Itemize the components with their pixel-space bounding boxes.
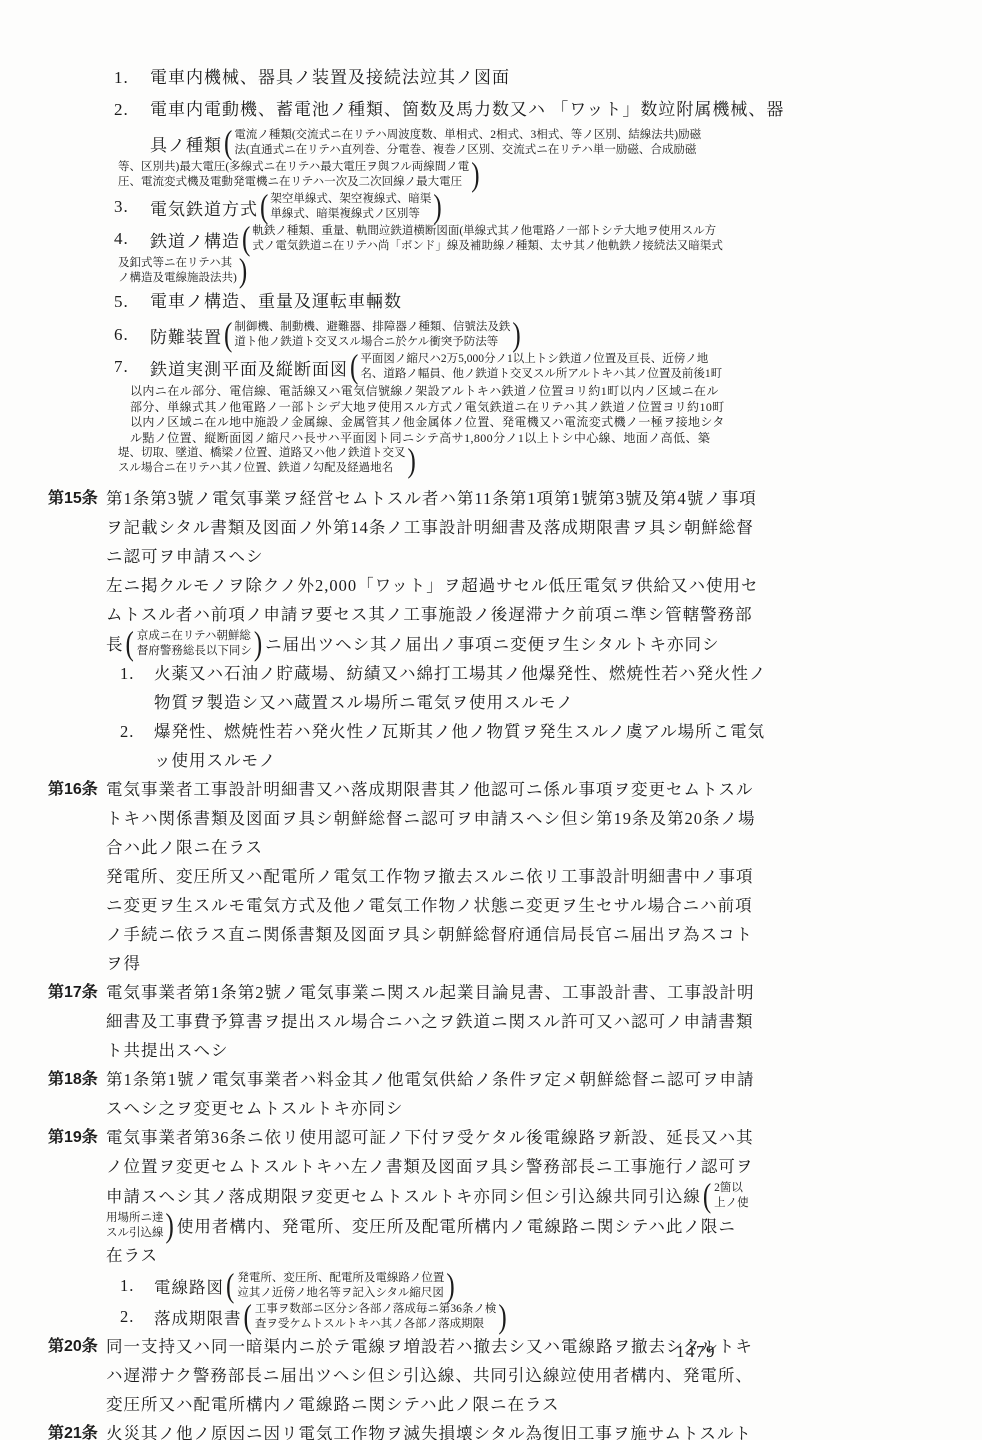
small-note-line: 軌鉄ノ種類、重量、軌間竝鉄道横断図面(単線式其ノ他電路ノ一部トシテ大地ヲ使用スル… xyxy=(252,224,723,239)
text-line: ヲ得 xyxy=(106,949,942,978)
text-line: 物質ヲ製造シ又ハ蔵置スル場所ニ電気ヲ使用スルモノ xyxy=(154,688,942,717)
page-number: 1479 xyxy=(676,1342,716,1362)
small-note-stack: 京成ニ在リテハ朝鮮総 督府警務総長以下同シ xyxy=(137,629,252,659)
text-line: トキハ関係書類及図面ヲ具シ朝鮮総督ニ認可ヲ申請スヘシ但シ第19条及第20条ノ場 xyxy=(106,804,942,833)
article-16: 第16条 電気事業者工事設計明細書又ハ落成期限書其ノ他認可ニ係ル事項ヲ変更セムト… xyxy=(0,775,982,978)
article-20: 第20条 同一支持又ハ同一暗渠内ニ於テ電線ヲ増設若ハ撤去シ又ハ電線路ヲ撤去シタル… xyxy=(0,1332,982,1419)
small-note-line: 査ヲ受ケムトスルトキハ其ノ各部ノ落成期限 xyxy=(255,1317,497,1332)
text-segment: 長 xyxy=(106,630,124,659)
small-note-line: 京成ニ在リテハ朝鮮総 xyxy=(137,629,252,644)
text-line: 合ハ此ノ限ニ在ラス xyxy=(106,833,942,862)
item-number: 4. xyxy=(114,229,150,249)
big-paren-open: ( xyxy=(242,1300,255,1334)
item-text: 爆発性、燃焼性若ハ発火性ノ瓦斯其ノ他ノ物質ヲ発生スルノ虞アル場所こ電気 xyxy=(154,717,765,746)
small-note-line: 名、道路ノ幅員、他ノ鉄道ト交叉スル所アルトキハ其ノ位置及前後1町 xyxy=(360,367,722,382)
document-page: 1. 電車内機械、器具ノ装置及接続法竝其ノ図面 2. 電車内電動機、蓄電池ノ種類… xyxy=(0,0,982,1440)
small-note-line: 用場所ニ達 xyxy=(106,1211,164,1226)
big-paren-open: ( xyxy=(222,318,234,352)
text-line: 申請スヘシ其ノ落成期限ヲ変更セムトスルトキ亦同シ但シ引込線共同引込線 ( 2箇以… xyxy=(106,1181,942,1211)
list-item: 2. 落成期限書 ( 工事ヲ数部ニ区分シ各部ノ落成毎ニ第36条ノ検 査ヲ受ケムト… xyxy=(120,1302,942,1332)
small-note-line: 堤、切取、墜道、橋梁ノ位置、道路又ハ他ノ鉄道ト交叉 xyxy=(118,446,406,461)
item-text: 具ノ種類 xyxy=(150,131,222,156)
small-note-stack: 等、区別共)最大電圧(多線式ニ在リテハ最大電圧ヲ與フル両線間ノ電 圧、電流変式機… xyxy=(118,160,469,190)
small-note-line: 電流ノ種類(交流式ニ在リテハ周波度数、単相式、2相式、3相式、等ノ区別、結線法共… xyxy=(234,128,701,143)
big-paren-open: ( xyxy=(240,222,252,256)
text-line: 変圧所又ハ配電所構内ノ電線路ニ関シテハ此ノ限ニ在ラス xyxy=(106,1390,942,1419)
small-note-stack: 堤、切取、墜道、橋梁ノ位置、道路又ハ他ノ鉄道ト交叉 スル場合ニ在リテハ其ノ位置、… xyxy=(118,446,406,476)
article-body: 火災其ノ他ノ原因ニ因リ電気工作物ヲ滅失損壊シタル為復旧工事ヲ施サムトスルト xyxy=(106,1419,942,1440)
article-label: 第20条 xyxy=(48,1332,106,1419)
list-item: 2. 爆発性、燃焼性若ハ発火性ノ瓦斯其ノ他ノ物質ヲ発生スルノ虞アル場所こ電気 xyxy=(120,717,942,746)
article-label: 第19条 xyxy=(48,1123,106,1332)
article-label: 第18条 xyxy=(48,1065,106,1123)
small-note-stack: 平面図ノ縮尺ハ2万5,000分ノ1以上トシ鉄道ノ位置及亘長、近傍ノ地 名、道路ノ… xyxy=(360,352,722,382)
small-note-line: 単線式、暗渠複線式ノ区別等 xyxy=(270,207,431,222)
article-body: 電気事業者工事設計明細書又ハ落成期限書其ノ他認可ニ係ル事項ヲ変更セムトスル トキ… xyxy=(106,775,942,978)
small-note-line: 工事ヲ数部ニ区分シ各部ノ落成毎ニ第36条ノ検 xyxy=(255,1302,497,1317)
article-17: 第17条 電気事業者第1条第2號ノ電気事業ニ関スル起業目論見書、工事設計書、工事… xyxy=(0,978,982,1065)
article-body: 第1条第3號ノ電気事業ヲ経営セムトスル者ハ第11条第1項第1號第3號及第4號ノ事… xyxy=(106,484,942,775)
item-text: 電車内機械、器具ノ装置及接続法竝其ノ図面 xyxy=(150,64,510,92)
paren-block-bottom: 等、区別共)最大電圧(多線式ニ在リテハ最大電圧ヲ與フル両線間ノ電 圧、電流変式機… xyxy=(118,160,952,190)
big-paren-open: ( xyxy=(124,627,137,661)
list-item: 4. 鉄道ノ構造 ( 軌鉄ノ種類、重量、軌間竝鉄道横断図面(単線式其ノ他電路ノ一… xyxy=(114,224,952,254)
text-line: 左ニ掲クルモノヲ除クノ外2,000「ワット」ヲ超過サセル低圧電気ヲ供給又ハ使用セ xyxy=(106,571,942,600)
text-line: ノ手続ニ依ラス直ニ関係書類及図面ヲ具シ朝鮮総督府通信局長官ニ届出ヲ為スコト xyxy=(106,920,942,949)
big-paren-close: ) xyxy=(237,254,249,288)
big-paren-open: ( xyxy=(701,1179,714,1213)
small-note-stack: 発電所、変圧所、配電所及電線路ノ位置 竝其ノ近傍ノ地名等ヲ記入シタル縮尺図 xyxy=(237,1271,444,1301)
small-note-line: 及釦式等ニ在リテハ其 xyxy=(118,256,237,271)
item-text: 鉄道ノ構造 xyxy=(150,227,240,252)
text-line: ヲ記載シタル書類及図面ノ外第14条ノ工事設計明細書及落成期限書ヲ具シ朝鮮総督 xyxy=(106,513,942,542)
small-note-stack: 軌鉄ノ種類、重量、軌間竝鉄道横断図面(単線式其ノ他電路ノ一部トシテ大地ヲ使用スル… xyxy=(252,224,723,254)
small-note-line: 法(直通式ニ在リテハ直列巻、分電巻、複巻ノ区別、交流式ニ在リテハ単一励磁、合成励… xyxy=(234,143,701,158)
big-paren-close: ) xyxy=(444,1269,457,1303)
big-paren-close: ) xyxy=(406,444,418,478)
item-text: 電車ノ構造、重量及運転車輛数 xyxy=(150,288,402,316)
text-line: 火災其ノ他ノ原因ニ因リ電気工作物ヲ滅失損壊シタル為復旧工事ヲ施サムトスルト xyxy=(106,1419,942,1440)
small-note-line: 道ト他ノ鉄道ト交叉スル場合ニ於ケル衝突予防法等 xyxy=(234,335,510,350)
text-line: 第1条第1號ノ電気事業者ハ料金其ノ他電気供給ノ条件ヲ定メ朝鮮総督ニ認可ヲ申請 xyxy=(106,1065,942,1094)
text-line: 同一支持又ハ同一暗渠内ニ於テ電線ヲ増設若ハ撤去シ又ハ電線路ヲ撤去シタルトキ xyxy=(106,1332,942,1361)
list-item: 1. 電車内機械、器具ノ装置及接続法竝其ノ図面 xyxy=(114,64,952,92)
item-text: 防難装置 xyxy=(150,323,222,348)
list-item: 1. 火薬又ハ石油ノ貯蔵場、紡績又ハ綿打工場其ノ他爆発性、燃焼性若ハ発火性ノ xyxy=(120,659,942,688)
article-body: 電気事業者第36条ニ依リ使用認可証ノ下付ヲ受ケタル後電線路ヲ新設、延長又ハ其 ノ… xyxy=(106,1123,942,1332)
small-note-stack: 架空単線式、架空複線式、暗渠 単線式、暗渠複線式ノ区別等 xyxy=(270,192,431,222)
big-paren-open: ( xyxy=(224,1269,237,1303)
paren-block-top: 具ノ種類 ( 電流ノ種類(交流式ニ在リテハ周波度数、単相式、2相式、3相式、等ノ… xyxy=(150,128,952,158)
small-note-line: 架空単線式、架空複線式、暗渠 xyxy=(270,192,431,207)
big-paren-close: ) xyxy=(431,190,443,224)
big-paren-close: ) xyxy=(469,158,481,192)
article-18: 第18条 第1条第1號ノ電気事業者ハ料金其ノ他電気供給ノ条件ヲ定メ朝鮮総督ニ認可… xyxy=(0,1065,982,1123)
small-note-line: スル場合ニ在リテハ其ノ位置、鉄道ノ勾配及経過地名 xyxy=(118,461,406,476)
item-number: 2. xyxy=(114,96,150,124)
big-paren-close: ) xyxy=(164,1209,177,1243)
item-text: 電車内電動機、蓄電池ノ種類、箇数及馬力数又ハ 「ワット」数竝附属機械、器 xyxy=(150,96,784,124)
small-note-stack: 電流ノ種類(交流式ニ在リテハ周波度数、単相式、2相式、3相式、等ノ区別、結線法共… xyxy=(234,128,701,158)
item-number: 3. xyxy=(114,197,150,217)
item-text: 落成期限書 xyxy=(154,1305,242,1329)
text-line: 用場所ニ達 スル引込線 ) 使用者構内、発電所、変圧所及配電所構内ノ電線路ニ関シ… xyxy=(106,1211,942,1241)
small-note-line: 竝其ノ近傍ノ地名等ヲ記入シタル縮尺図 xyxy=(237,1286,444,1301)
big-paren-close: ) xyxy=(510,318,522,352)
text-line: スヘシ之ヲ変更セムトスルトキ亦同シ xyxy=(106,1094,942,1123)
article-body: 同一支持又ハ同一暗渠内ニ於テ電線ヲ増設若ハ撤去シ又ハ電線路ヲ撤去シタルトキ ハ遅… xyxy=(106,1332,942,1419)
list-item: 3. 電気鉄道方式 ( 架空単線式、架空複線式、暗渠 単線式、暗渠複線式ノ区別等… xyxy=(114,192,952,222)
item-number: 2. xyxy=(120,717,154,746)
item-number: 2. xyxy=(120,1307,154,1327)
item-number: 1. xyxy=(114,64,150,92)
list-item: 6. 防難装置 ( 制御機、制動機、避難器、排障器ノ種類、信號法及鉄 道ト他ノ鉄… xyxy=(114,320,952,350)
article-label: 第16条 xyxy=(48,775,106,978)
small-note-line: 以内ニ在ル部分、電信線、電話線又ハ電気信號線ノ架設アルトキハ鉄道ノ位置ヨリ約1町… xyxy=(130,384,952,400)
small-note-stack: 制御機、制動機、避難器、排障器ノ種類、信號法及鉄 道ト他ノ鉄道ト交叉スル場合ニ於… xyxy=(234,320,510,350)
text-line: 在ラス xyxy=(106,1241,942,1270)
small-note-line: 督府警務総長以下同シ xyxy=(137,644,252,659)
small-note-line: 制御機、制動機、避難器、排障器ノ種類、信號法及鉄 xyxy=(234,320,510,335)
big-paren-open: ( xyxy=(222,126,234,160)
big-paren-open: ( xyxy=(348,350,360,384)
text-line: 細書及工事費予算書ヲ提出スル場合ニハ之ヲ鉄道ニ関スル許可又ハ認可ノ申請書類 xyxy=(106,1007,942,1036)
small-note-line: ノ構造及電線施設法共) xyxy=(118,271,237,286)
article-19: 第19条 電気事業者第36条ニ依リ使用認可証ノ下付ヲ受ケタル後電線路ヲ新設、延長… xyxy=(0,1123,982,1332)
small-note-line: 等、区別共)最大電圧(多線式ニ在リテハ最大電圧ヲ與フル両線間ノ電 xyxy=(118,160,469,175)
item-number: 6. xyxy=(114,325,150,345)
item-number: 1. xyxy=(120,659,154,688)
small-note-line: 発電所、変圧所、配電所及電線路ノ位置 xyxy=(237,1271,444,1286)
article-label: 第17条 xyxy=(48,978,106,1065)
article-body: 第1条第1號ノ電気事業者ハ料金其ノ他電気供給ノ条件ヲ定メ朝鮮総督ニ認可ヲ申請 ス… xyxy=(106,1065,942,1123)
text-line: 長 ( 京成ニ在リテハ朝鮮総 督府警務総長以下同シ ) ニ届出ツヘシ其ノ届出ノ事… xyxy=(106,629,942,659)
small-note-line: 2箇以 xyxy=(714,1181,749,1196)
small-note-stack: 2箇以 上ノ使 xyxy=(714,1181,749,1211)
small-note-line: スル引込線 xyxy=(106,1226,164,1241)
article-body: 電気事業者第1条第2號ノ電気事業ニ関スル起業目論見書、工事設計書、工事設計明 細… xyxy=(106,978,942,1065)
text-segment: 使用者構内、発電所、変圧所及配電所構内ノ電線路ニ関シテハ此ノ限ニ xyxy=(177,1212,736,1241)
list-item: 1. 電線路図 ( 発電所、変圧所、配電所及電線路ノ位置 竝其ノ近傍ノ地名等ヲ記… xyxy=(120,1271,942,1301)
item-number: 1. xyxy=(120,1276,154,1296)
text-line: 電気事業者工事設計明細書又ハ落成期限書其ノ他認可ニ係ル事項ヲ変更セムトスル xyxy=(106,775,942,804)
article-label: 第21条 xyxy=(48,1419,106,1440)
text-line: ト共提出スヘシ xyxy=(106,1036,942,1065)
text-line: ノ位置ヲ変更セムトスルトキハ左ノ書類及図面ヲ具シ警務部長ニ工事施行ノ認可ヲ xyxy=(106,1152,942,1181)
paren-block-bottom: 堤、切取、墜道、橋梁ノ位置、道路又ハ他ノ鉄道ト交叉 スル場合ニ在リテハ其ノ位置、… xyxy=(118,446,952,476)
text-line: 第1条第3號ノ電気事業ヲ経営セムトスル者ハ第11条第1項第1號第3號及第4號ノ事… xyxy=(106,484,942,513)
item-number: 5. xyxy=(114,288,150,316)
text-line: 電気事業者第1条第2號ノ電気事業ニ関スル起業目論見書、工事設計書、工事設計明 xyxy=(106,978,942,1007)
item-text: 電線路図 xyxy=(154,1274,224,1298)
small-note-line: 上ノ使 xyxy=(714,1196,749,1211)
small-note-line: 以内ノ区域ニ在ル地中施設ノ金属線、金属管其ノ他金属体ノ位置、発電機又ハ電流変式機… xyxy=(130,415,952,431)
small-note-line: 平面図ノ縮尺ハ2万5,000分ノ1以上トシ鉄道ノ位置及亘長、近傍ノ地 xyxy=(360,352,722,367)
small-note-line: 式ノ電気鉄道ニ在リテハ尚「ボンド」線及補助線ノ種類、太サ其ノ他軌鉄ノ接続法又暗渠… xyxy=(252,239,723,254)
small-note-stack: 及釦式等ニ在リテハ其 ノ構造及電線施設法共) xyxy=(118,256,237,286)
list-item: 7. 鉄道実測平面及縦断面図 ( 平面図ノ縮尺ハ2万5,000分ノ1以上トシ鉄道… xyxy=(114,352,952,382)
text-line: ハ遅滞ナク警務部長ニ届出ツヘシ但シ引込線、共同引込線竝使用者構内、発電所、 xyxy=(106,1361,942,1390)
small-note-line: 部分、単線式其ノ他電路ノ一部トシデ大地ヲ使用スル方式ノ電気鉄道ニ在リテハ其ノ鉄道… xyxy=(130,400,952,416)
list-item: 2. 電車内電動機、蓄電池ノ種類、箇数及馬力数又ハ 「ワット」数竝附属機械、器 xyxy=(114,96,952,124)
text-line: ムトスル者ハ前項ノ申請ヲ要セス其ノ工事施設ノ後遅滞ナク前項ニ準シ管轄警務部 xyxy=(106,600,942,629)
text-segment: ニ届出ツヘシ其ノ届出ノ事項ニ変便ヲ生シタルトキ亦同シ xyxy=(265,630,719,659)
small-note-line: ル點ノ位置、縦断面図ノ縮尺ハ長サハ平面図ト同ニシテ高サ1,800分ノ1以上トシ中… xyxy=(130,431,952,447)
big-paren-close: ) xyxy=(252,627,265,661)
small-note-stack: 用場所ニ達 スル引込線 xyxy=(106,1211,164,1241)
article-list: 第15条 第1条第3號ノ電気事業ヲ経営セムトスル者ハ第11条第1項第1號第3號及… xyxy=(0,484,982,1440)
text-segment: 申請スヘシ其ノ落成期限ヲ変更セムトスルトキ亦同シ但シ引込線共同引込線 xyxy=(106,1182,701,1211)
big-paren-open: ( xyxy=(258,190,270,224)
text-line: ッ使用スルモノ xyxy=(154,746,942,775)
item-text: 電気鉄道方式 xyxy=(150,195,258,220)
text-line: ニ変更ヲ生スルモ電気方式及他ノ電気工作物ノ状態ニ変更ヲ生セサル場合ニハ前項 xyxy=(106,891,942,920)
spec-item-list: 1. 電車内機械、器具ノ装置及接続法竝其ノ図面 2. 電車内電動機、蓄電池ノ種類… xyxy=(114,0,952,476)
article-21: 第21条 火災其ノ他ノ原因ニ因リ電気工作物ヲ滅失損壊シタル為復旧工事ヲ施サムトス… xyxy=(0,1419,982,1440)
article-label: 第15条 xyxy=(48,484,106,775)
paren-block-bottom: 及釦式等ニ在リテハ其 ノ構造及電線施設法共) ) xyxy=(118,256,952,286)
text-line: 発電所、変圧所又ハ配電所ノ電気工作物ヲ撤去スルニ依リ工事設計明細書中ノ事項 xyxy=(106,862,942,891)
text-line: ニ認可ヲ申請スヘシ xyxy=(106,542,942,571)
item-number: 7. xyxy=(114,357,150,377)
small-note-stack: 工事ヲ数部ニ区分シ各部ノ落成毎ニ第36条ノ検 査ヲ受ケムトスルトキハ其ノ各部ノ落… xyxy=(255,1302,497,1332)
text-line: 電気事業者第36条ニ依リ使用認可証ノ下付ヲ受ケタル後電線路ヲ新設、延長又ハ其 xyxy=(106,1123,942,1152)
item-text: 火薬又ハ石油ノ貯蔵場、紡績又ハ綿打工場其ノ他爆発性、燃焼性若ハ発火性ノ xyxy=(154,659,767,688)
article-15: 第15条 第1条第3號ノ電気事業ヲ経営セムトスル者ハ第11条第1項第1號第3號及… xyxy=(0,484,982,775)
big-paren-close: ) xyxy=(496,1300,509,1334)
small-note-line: 圧、電流変式機及電動発電機ニ在リテハ一次及二次回線ノ最大電圧 xyxy=(118,175,469,190)
list-item: 5. 電車ノ構造、重量及運転車輛数 xyxy=(114,288,952,316)
item-text: 鉄道実測平面及縦断面図 xyxy=(150,355,348,380)
